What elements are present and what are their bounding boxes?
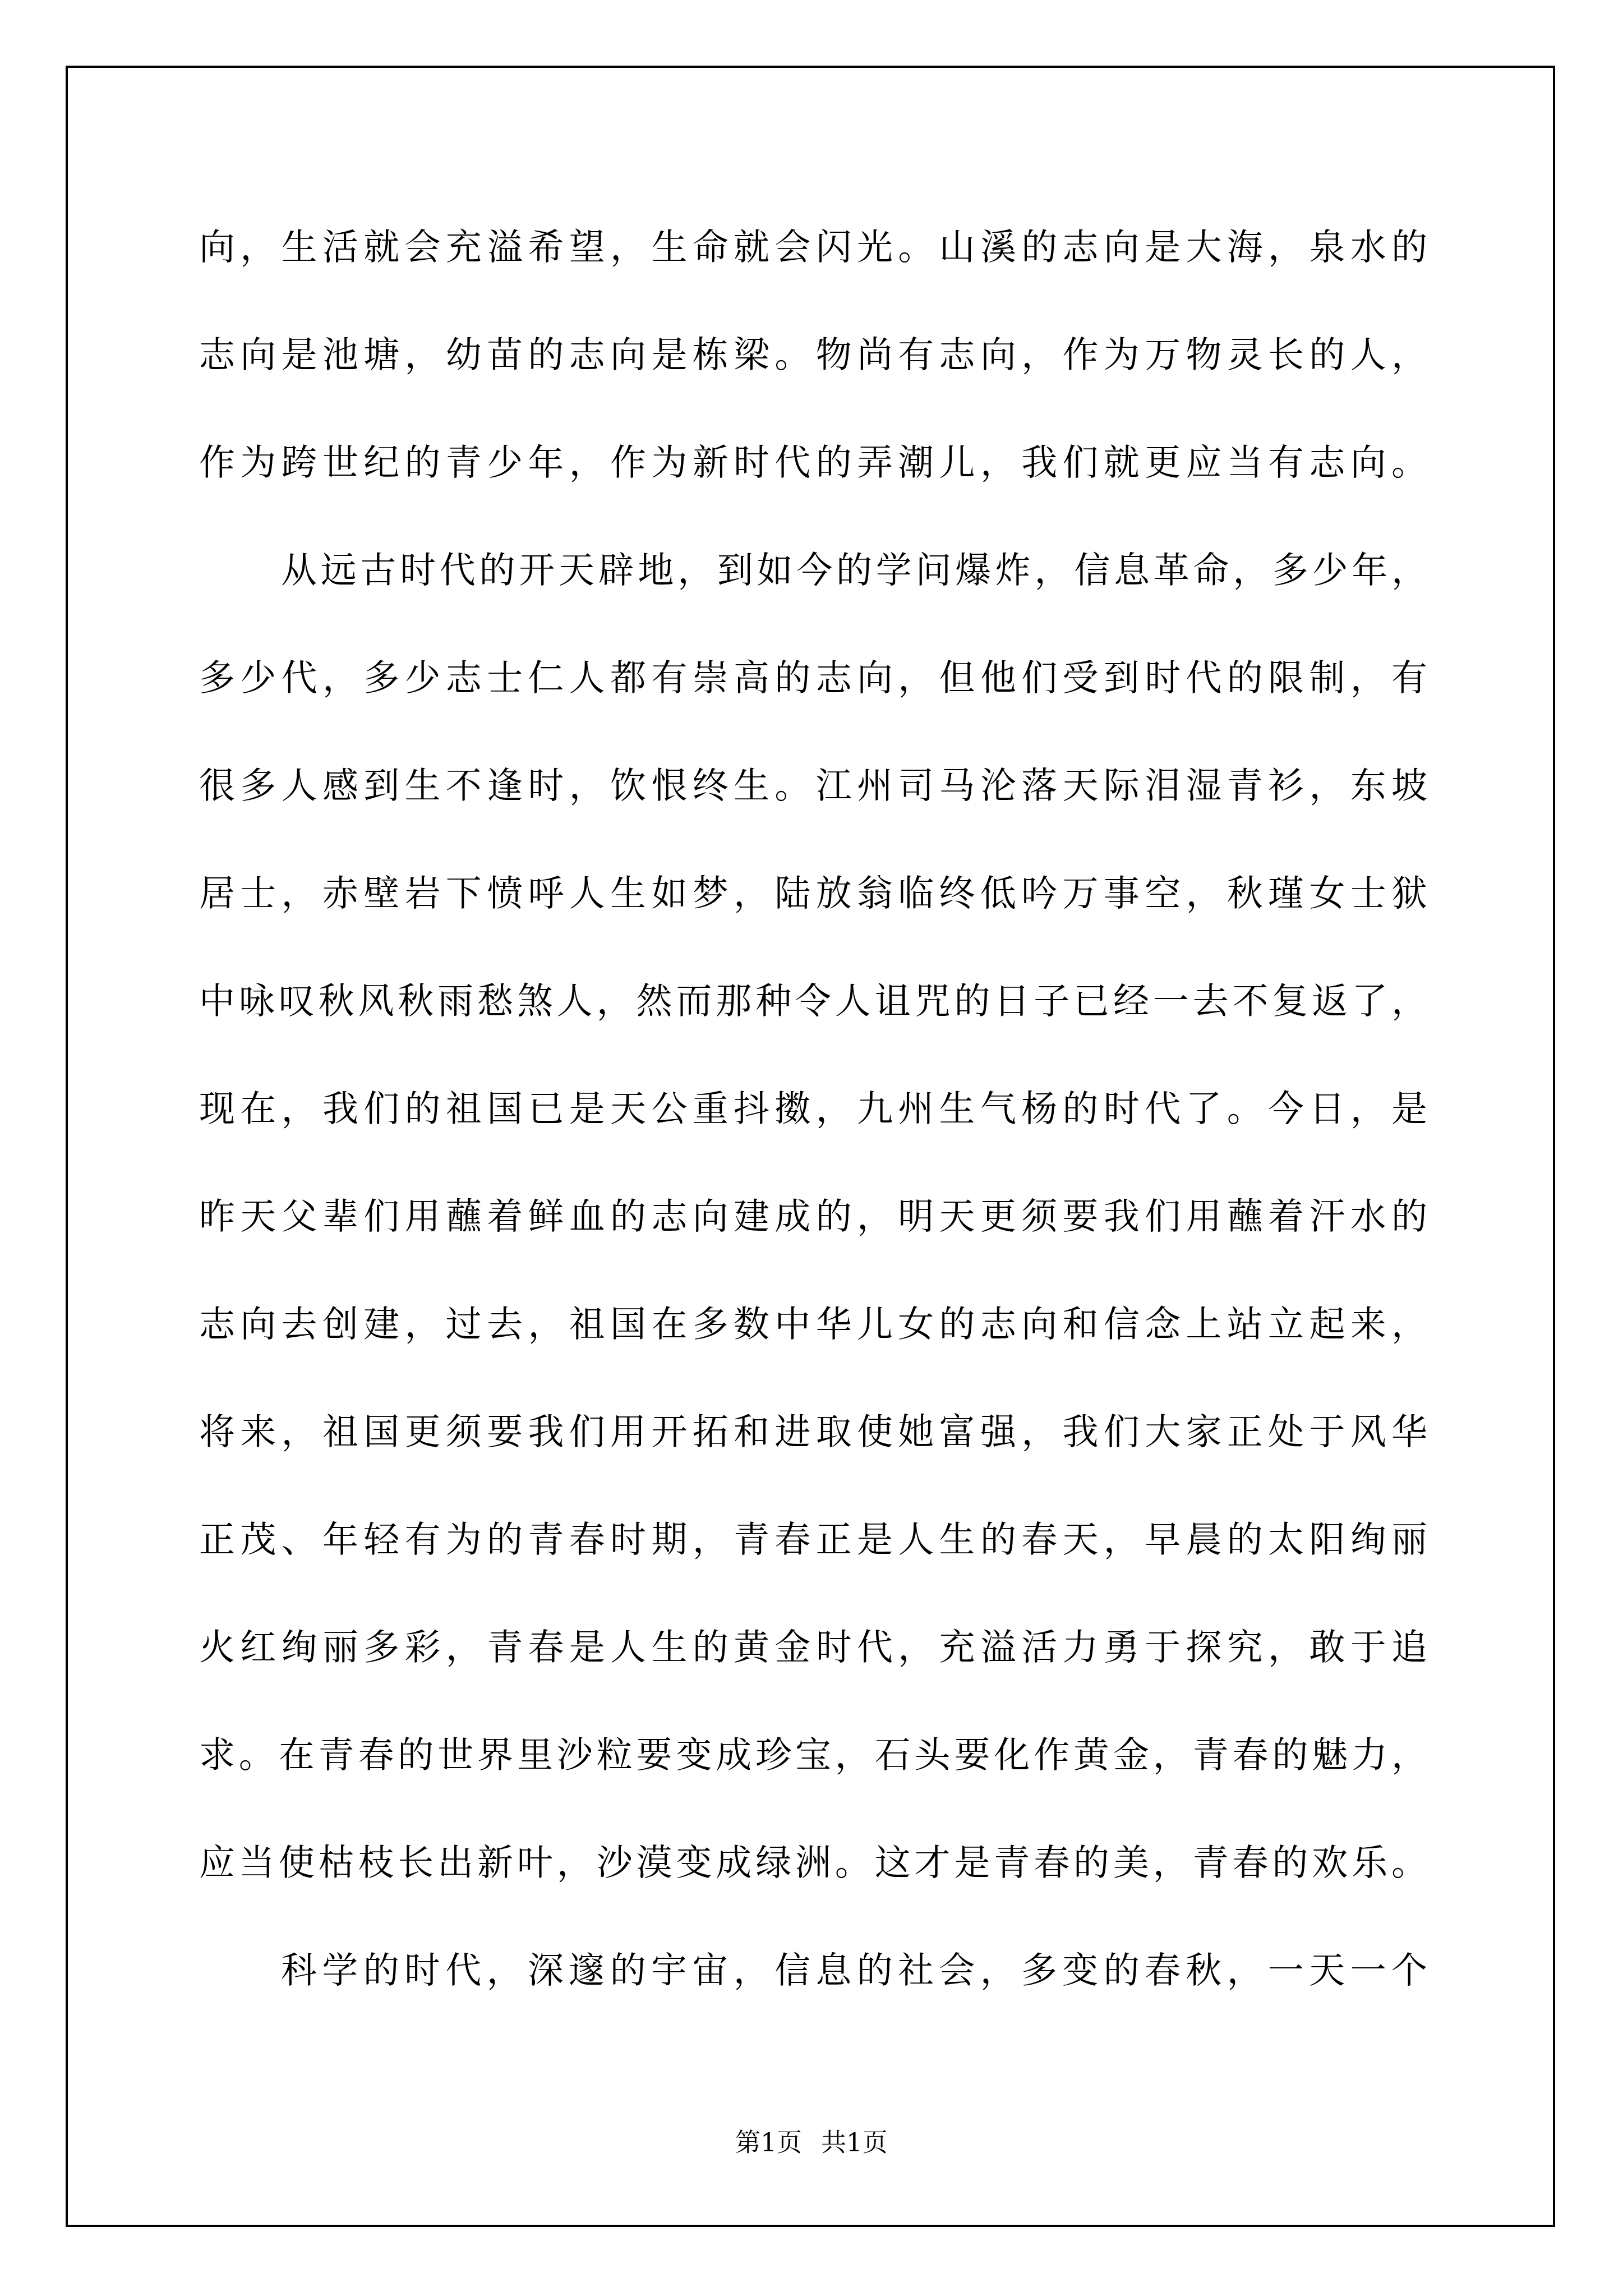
document-line: 志向去创建，过去，祖国在多数中华儿女的志向和信念上站立起来， bbox=[199, 1303, 1427, 1410]
document-line: 志向是池塘，幼苗的志向是栋梁。物尚有志向，作为万物灵长的人， bbox=[199, 333, 1427, 441]
document-line-paragraph-start: 从远古时代的开天辟地，到如今的学问爆炸，信息革命，多少年， bbox=[199, 549, 1427, 656]
document-line: 作为跨世纪的青少年，作为新时代的弄潮儿，我们就更应当有志向。 bbox=[199, 441, 1427, 549]
page-footer: 第1页共1页 bbox=[0, 2127, 1623, 2159]
document-line: 正茂、年轻有为的青春时期，青春正是人生的春天，早晨的太阳绚丽 bbox=[199, 1518, 1427, 1626]
document-line: 昨天父辈们用蘸着鲜血的志向建成的，明天更须要我们用蘸着汗水的 bbox=[199, 1195, 1427, 1303]
document-line: 求。在青春的世界里沙粒要变成珍宝，石头要化作黄金，青春的魅力， bbox=[199, 1733, 1427, 1841]
document-page: { "document": { "lines": [ "向，生活就会充溢希望，生… bbox=[0, 0, 1623, 2296]
page-total-label: 共1页 bbox=[821, 2128, 888, 2157]
document-line: 很多人感到生不逢时，饮恨终生。江州司马沦落天际泪湿青衫，东坡 bbox=[199, 764, 1427, 872]
document-body: 向，生活就会充溢希望，生命就会闪光。山溪的志向是大海，泉水的 志向是池塘，幼苗的… bbox=[199, 226, 1427, 2056]
document-line: 中咏叹秋风秋雨愁煞人，然而那种令人诅咒的日子已经一去不复返了， bbox=[199, 979, 1427, 1087]
document-line: 火红绚丽多彩，青春是人生的黄金时代，充溢活力勇于探究，敢于追 bbox=[199, 1626, 1427, 1733]
document-line: 多少代，多少志士仁人都有崇高的志向，但他们受到时代的限制，有 bbox=[199, 656, 1427, 764]
document-line: 应当使枯枝长出新叶，沙漠变成绿洲。这才是青春的美，青春的欢乐。 bbox=[199, 1841, 1427, 1949]
document-line: 将来，祖国更须要我们用开拓和进取使她富强，我们大家正处于风华 bbox=[199, 1410, 1427, 1518]
document-line: 现在，我们的祖国已是天公重抖擞，九州生气杨的时代了。今日，是 bbox=[199, 1087, 1427, 1195]
document-line-paragraph-start: 科学的时代，深邃的宇宙，信息的社会，多变的春秋，一天一个 bbox=[199, 1949, 1427, 2056]
page-number-label: 第1页 bbox=[735, 2128, 802, 2157]
document-line: 向，生活就会充溢希望，生命就会闪光。山溪的志向是大海，泉水的 bbox=[199, 226, 1427, 333]
document-line: 居士，赤壁岩下愤呼人生如梦，陆放翁临终低吟万事空，秋瑾女士狱 bbox=[199, 872, 1427, 979]
